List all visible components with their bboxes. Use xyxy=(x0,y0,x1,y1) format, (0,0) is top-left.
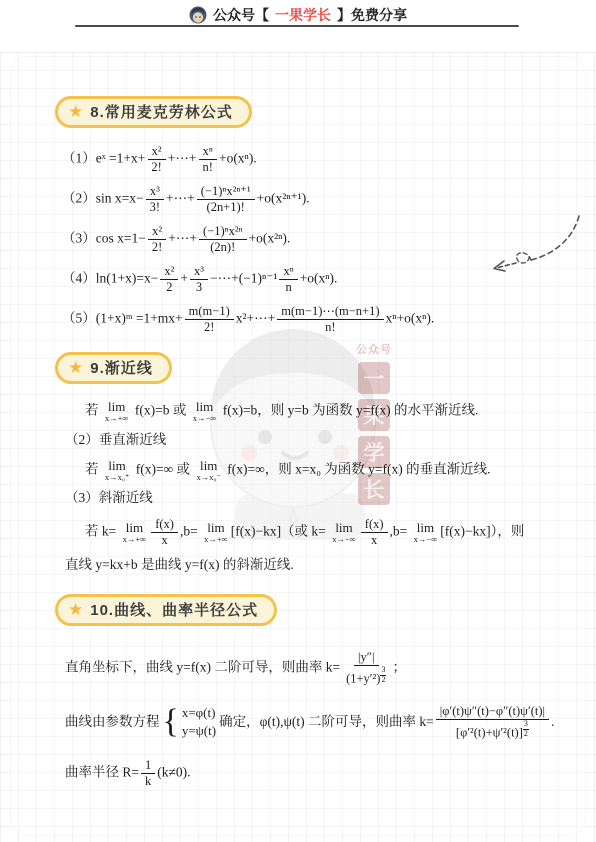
fraction-denominator: (1+y′²)32 xyxy=(342,666,390,687)
section-sec9: ★9.渐近线若 limx→+∞ f(x)=b 或 limx→−∞ f(x)=b，… xyxy=(0,352,596,584)
star-icon: ★ xyxy=(68,103,83,120)
fraction-denominator: 2 xyxy=(523,730,529,739)
limit-word: lim xyxy=(207,521,224,534)
fraction-numerator: xⁿ xyxy=(199,144,217,160)
limit-operator: limx→x₀⁻ xyxy=(196,459,220,482)
limit-operator: limx→x₀⁺ xyxy=(105,459,129,482)
fraction-denominator: 2 xyxy=(162,280,176,295)
fraction-denominator: x xyxy=(157,533,171,548)
formula-line: 直线 y=kx+b 是曲线 y=f(x) 的斜渐近线. xyxy=(0,555,596,577)
formula-line: （2）sin x=x−x³3!+⋯+(−1)ⁿx²ⁿ⁺¹(2n+1)!+o(x²… xyxy=(0,184,596,215)
superscript: 32 xyxy=(380,669,386,679)
header-title-prefix: 公众号【 xyxy=(213,5,269,25)
formula-line: （5）(1+x)ᵐ =1+mx+m(m−1)2!x²+⋯+m(m−1)⋯(m−n… xyxy=(0,304,596,335)
section-title: 8.常用麦克劳林公式 xyxy=(90,101,233,122)
fraction: 1k xyxy=(141,758,155,789)
fraction-numerator: x² xyxy=(148,224,166,240)
section-title: 9.渐近线 xyxy=(90,357,153,378)
fraction-numerator: m(m−1)⋯(m−n+1) xyxy=(277,304,383,320)
fraction-denominator: 3 xyxy=(192,280,206,295)
fraction-numerator: (−1)ⁿx²ⁿ xyxy=(199,224,247,240)
limit-operator: limx→−∞ xyxy=(414,521,438,544)
cases-row: x=φ(t) xyxy=(182,704,216,723)
cases-rows: x=φ(t)y=ψ(t) xyxy=(182,704,216,742)
formula-line: 曲线由参数方程{x=φ(t)y=ψ(t)确定，φ(t),ψ(t) 二阶可导，则曲… xyxy=(0,704,596,742)
formula-line: （4）ln(1+x)=x−x²2+x³3−⋯+(−1)ⁿ⁻¹xⁿn+o(xⁿ). xyxy=(0,264,596,295)
formula-line: （3）cos x=1−x²2!+⋯+(−1)ⁿx²ⁿ(2n)!+o(x²ⁿ). xyxy=(0,224,596,255)
header-brand-name: 一果学长 xyxy=(275,5,331,25)
limit-word: lim xyxy=(108,459,125,472)
fraction-denominator: 2! xyxy=(147,160,165,175)
superscript: 32 xyxy=(523,723,529,733)
fraction-denominator: [φ′²(t)+ψ′²(t)]32 xyxy=(452,720,533,741)
limit-word: lim xyxy=(108,400,125,413)
limit-operator: limx→−∞ xyxy=(193,400,217,423)
limit-word: lim xyxy=(200,459,217,472)
page-header: 公众号【一果学长】免费分享 xyxy=(0,4,596,26)
section-sec8: ★8.常用麦克劳林公式（1）eˣ =1+x+x²2!+⋯+xⁿn!+o(xⁿ).… xyxy=(0,96,596,344)
section-title-pill: ★8.常用麦克劳林公式 xyxy=(55,96,252,128)
formula-line: 若 limx→x₀⁺ f(x)=∞ 或 limx→x₀⁻ f(x)=∞，则 x=… xyxy=(0,459,596,482)
limit-subscript: x→+∞ xyxy=(105,414,129,423)
star-icon: ★ xyxy=(68,601,83,618)
fraction: x²2! xyxy=(147,144,165,175)
fraction-denominator: 2 xyxy=(380,676,386,685)
fraction: m(m−1)2! xyxy=(185,304,234,335)
fraction: 32 xyxy=(523,720,529,739)
limit-subscript: x→−∞ xyxy=(193,414,217,423)
section-body: （1）eˣ =1+x+x²2!+⋯+xⁿn!+o(xⁿ).（2）sin x=x−… xyxy=(0,144,596,335)
limit-word: lim xyxy=(126,521,143,534)
limit-subscript: x→x₀⁺ xyxy=(105,473,129,482)
fraction-denominator: n xyxy=(281,280,295,295)
fraction-numerator: x² xyxy=(160,264,178,280)
fraction-numerator: x³ xyxy=(146,184,164,200)
section-sec10: ★10.曲线、曲率半径公式直角坐标下，曲线 y=f(x) 二阶可导，则曲率 k=… xyxy=(0,594,596,806)
fraction-numerator: f(x) xyxy=(151,517,178,533)
limit-word: lim xyxy=(196,400,213,413)
fraction: (−1)ⁿx²ⁿ⁺¹(2n+1)! xyxy=(197,184,255,215)
fraction: f(x)x xyxy=(361,517,388,548)
limit-operator: limx→+∞ xyxy=(204,521,228,544)
fraction-denominator: 3! xyxy=(146,200,164,215)
fraction: x²2! xyxy=(148,224,166,255)
limit-operator: limx→+∞ xyxy=(105,400,129,423)
left-brace: { xyxy=(163,707,179,738)
fraction-numerator: (−1)ⁿx²ⁿ⁺¹ xyxy=(197,184,255,200)
limit-subscript: x→−∞ xyxy=(332,535,356,544)
fraction-numerator: xⁿ xyxy=(279,264,297,280)
fraction-numerator: x³ xyxy=(190,264,208,280)
fraction: xⁿn! xyxy=(199,144,217,175)
fraction-numerator: x² xyxy=(148,144,166,160)
formula-line: 若 k= limx→+∞f(x)x,b= limx→+∞[f(x)−kx]（或 … xyxy=(0,517,596,548)
cases-row: y=ψ(t) xyxy=(182,722,216,741)
section-title: 10.曲线、曲率半径公式 xyxy=(90,599,258,620)
section-title-pill: ★10.曲线、曲率半径公式 xyxy=(55,594,277,626)
fraction-denominator: x xyxy=(367,533,381,548)
fraction: f(x)x xyxy=(151,517,178,548)
formula-line: 直角坐标下，曲线 y=f(x) 二阶可导，则曲率 k=|y″|(1+y′²)32… xyxy=(0,650,596,687)
star-icon: ★ xyxy=(68,359,83,376)
limit-operator: limx→+∞ xyxy=(123,521,147,544)
fraction-numerator: |φ′(t)ψ″(t)−φ″(t)ψ′(t)| xyxy=(436,704,549,720)
cases-group: {x=φ(t)y=ψ(t) xyxy=(163,704,217,742)
limit-subscript: x→+∞ xyxy=(204,535,228,544)
brand-avatar-icon xyxy=(189,6,207,24)
fraction-denominator: n! xyxy=(321,320,339,335)
fraction: x²2 xyxy=(160,264,178,295)
limit-subscript: x→−∞ xyxy=(414,535,438,544)
fraction: xⁿn xyxy=(279,264,297,295)
fraction-denominator: 2! xyxy=(200,320,218,335)
limit-subscript: x→x₀⁻ xyxy=(196,473,220,482)
limit-word: lim xyxy=(417,521,434,534)
section-title-pill: ★9.渐近线 xyxy=(55,352,172,384)
fraction-denominator: (2n)! xyxy=(206,240,239,255)
fraction-numerator: 1 xyxy=(141,758,155,774)
fraction: x³3! xyxy=(146,184,164,215)
header-divider-line xyxy=(75,25,519,27)
fraction: |φ′(t)ψ″(t)−φ″(t)ψ′(t)|[φ′²(t)+ψ′²(t)]32 xyxy=(436,704,549,741)
formula-line: （1）eˣ =1+x+x²2!+⋯+xⁿn!+o(xⁿ). xyxy=(0,144,596,175)
section-body: 若 limx→+∞ f(x)=b 或 limx→−∞ f(x)=b，则 y=b … xyxy=(0,400,596,577)
fraction: 32 xyxy=(380,666,386,685)
fraction: (−1)ⁿx²ⁿ(2n)! xyxy=(199,224,247,255)
header-title-suffix: 】免费分享 xyxy=(337,5,407,25)
formula-line: 曲率半径 R=1k(k≠0). xyxy=(0,758,596,789)
fraction-numerator: m(m−1) xyxy=(185,304,234,320)
limit-subscript: x→+∞ xyxy=(123,535,147,544)
formula-line: （3）斜渐近线 xyxy=(0,488,596,510)
fraction: m(m−1)⋯(m−n+1)n! xyxy=(277,304,383,335)
limit-operator: limx→−∞ xyxy=(332,521,356,544)
fraction-denominator: n! xyxy=(199,160,217,175)
formula-line: 若 limx→+∞ f(x)=b 或 limx→−∞ f(x)=b，则 y=b … xyxy=(0,400,596,423)
fraction-denominator: k xyxy=(141,774,155,789)
fraction: |y″|(1+y′²)32 xyxy=(342,650,390,687)
fraction-denominator: (2n+1)! xyxy=(203,200,249,215)
fraction-numerator: f(x) xyxy=(361,517,388,533)
fraction-numerator: |y″| xyxy=(354,650,378,666)
section-body: 直角坐标下，曲线 y=f(x) 二阶可导，则曲率 k=|y″|(1+y′²)32… xyxy=(0,650,596,789)
fraction-denominator: 2! xyxy=(148,240,166,255)
limit-word: lim xyxy=(335,521,352,534)
fraction: x³3 xyxy=(190,264,208,295)
formula-line: （2）垂直渐近线 xyxy=(0,430,596,452)
